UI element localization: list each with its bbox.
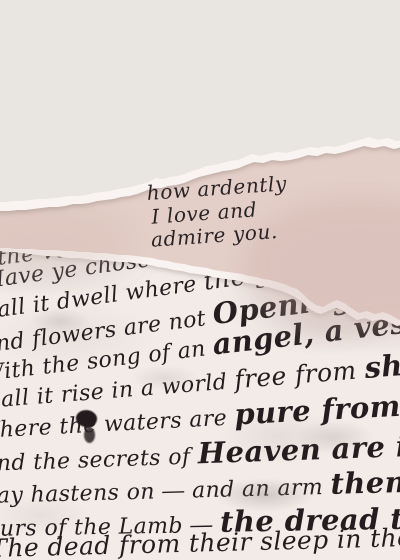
letter-text-segment: then shall bre: [330, 461, 400, 501]
torn-paper-collage: the vouHave ye chosen the ― wShall it dw…: [0, 0, 400, 560]
ink-blot: [84, 427, 95, 443]
handwritten-letter: the vouHave ye chosen the ― wShall it dw…: [0, 0, 400, 560]
ink-smudge: [215, 478, 315, 512]
quote: how ardently I love and admire you.: [146, 168, 350, 252]
ink-smudge: [130, 365, 200, 391]
ink-smudge: [30, 308, 90, 334]
letter-text-segment: free from: [233, 355, 366, 394]
ink-smudge: [295, 420, 375, 454]
letter-text-segment: And the secrets of: [0, 444, 198, 477]
